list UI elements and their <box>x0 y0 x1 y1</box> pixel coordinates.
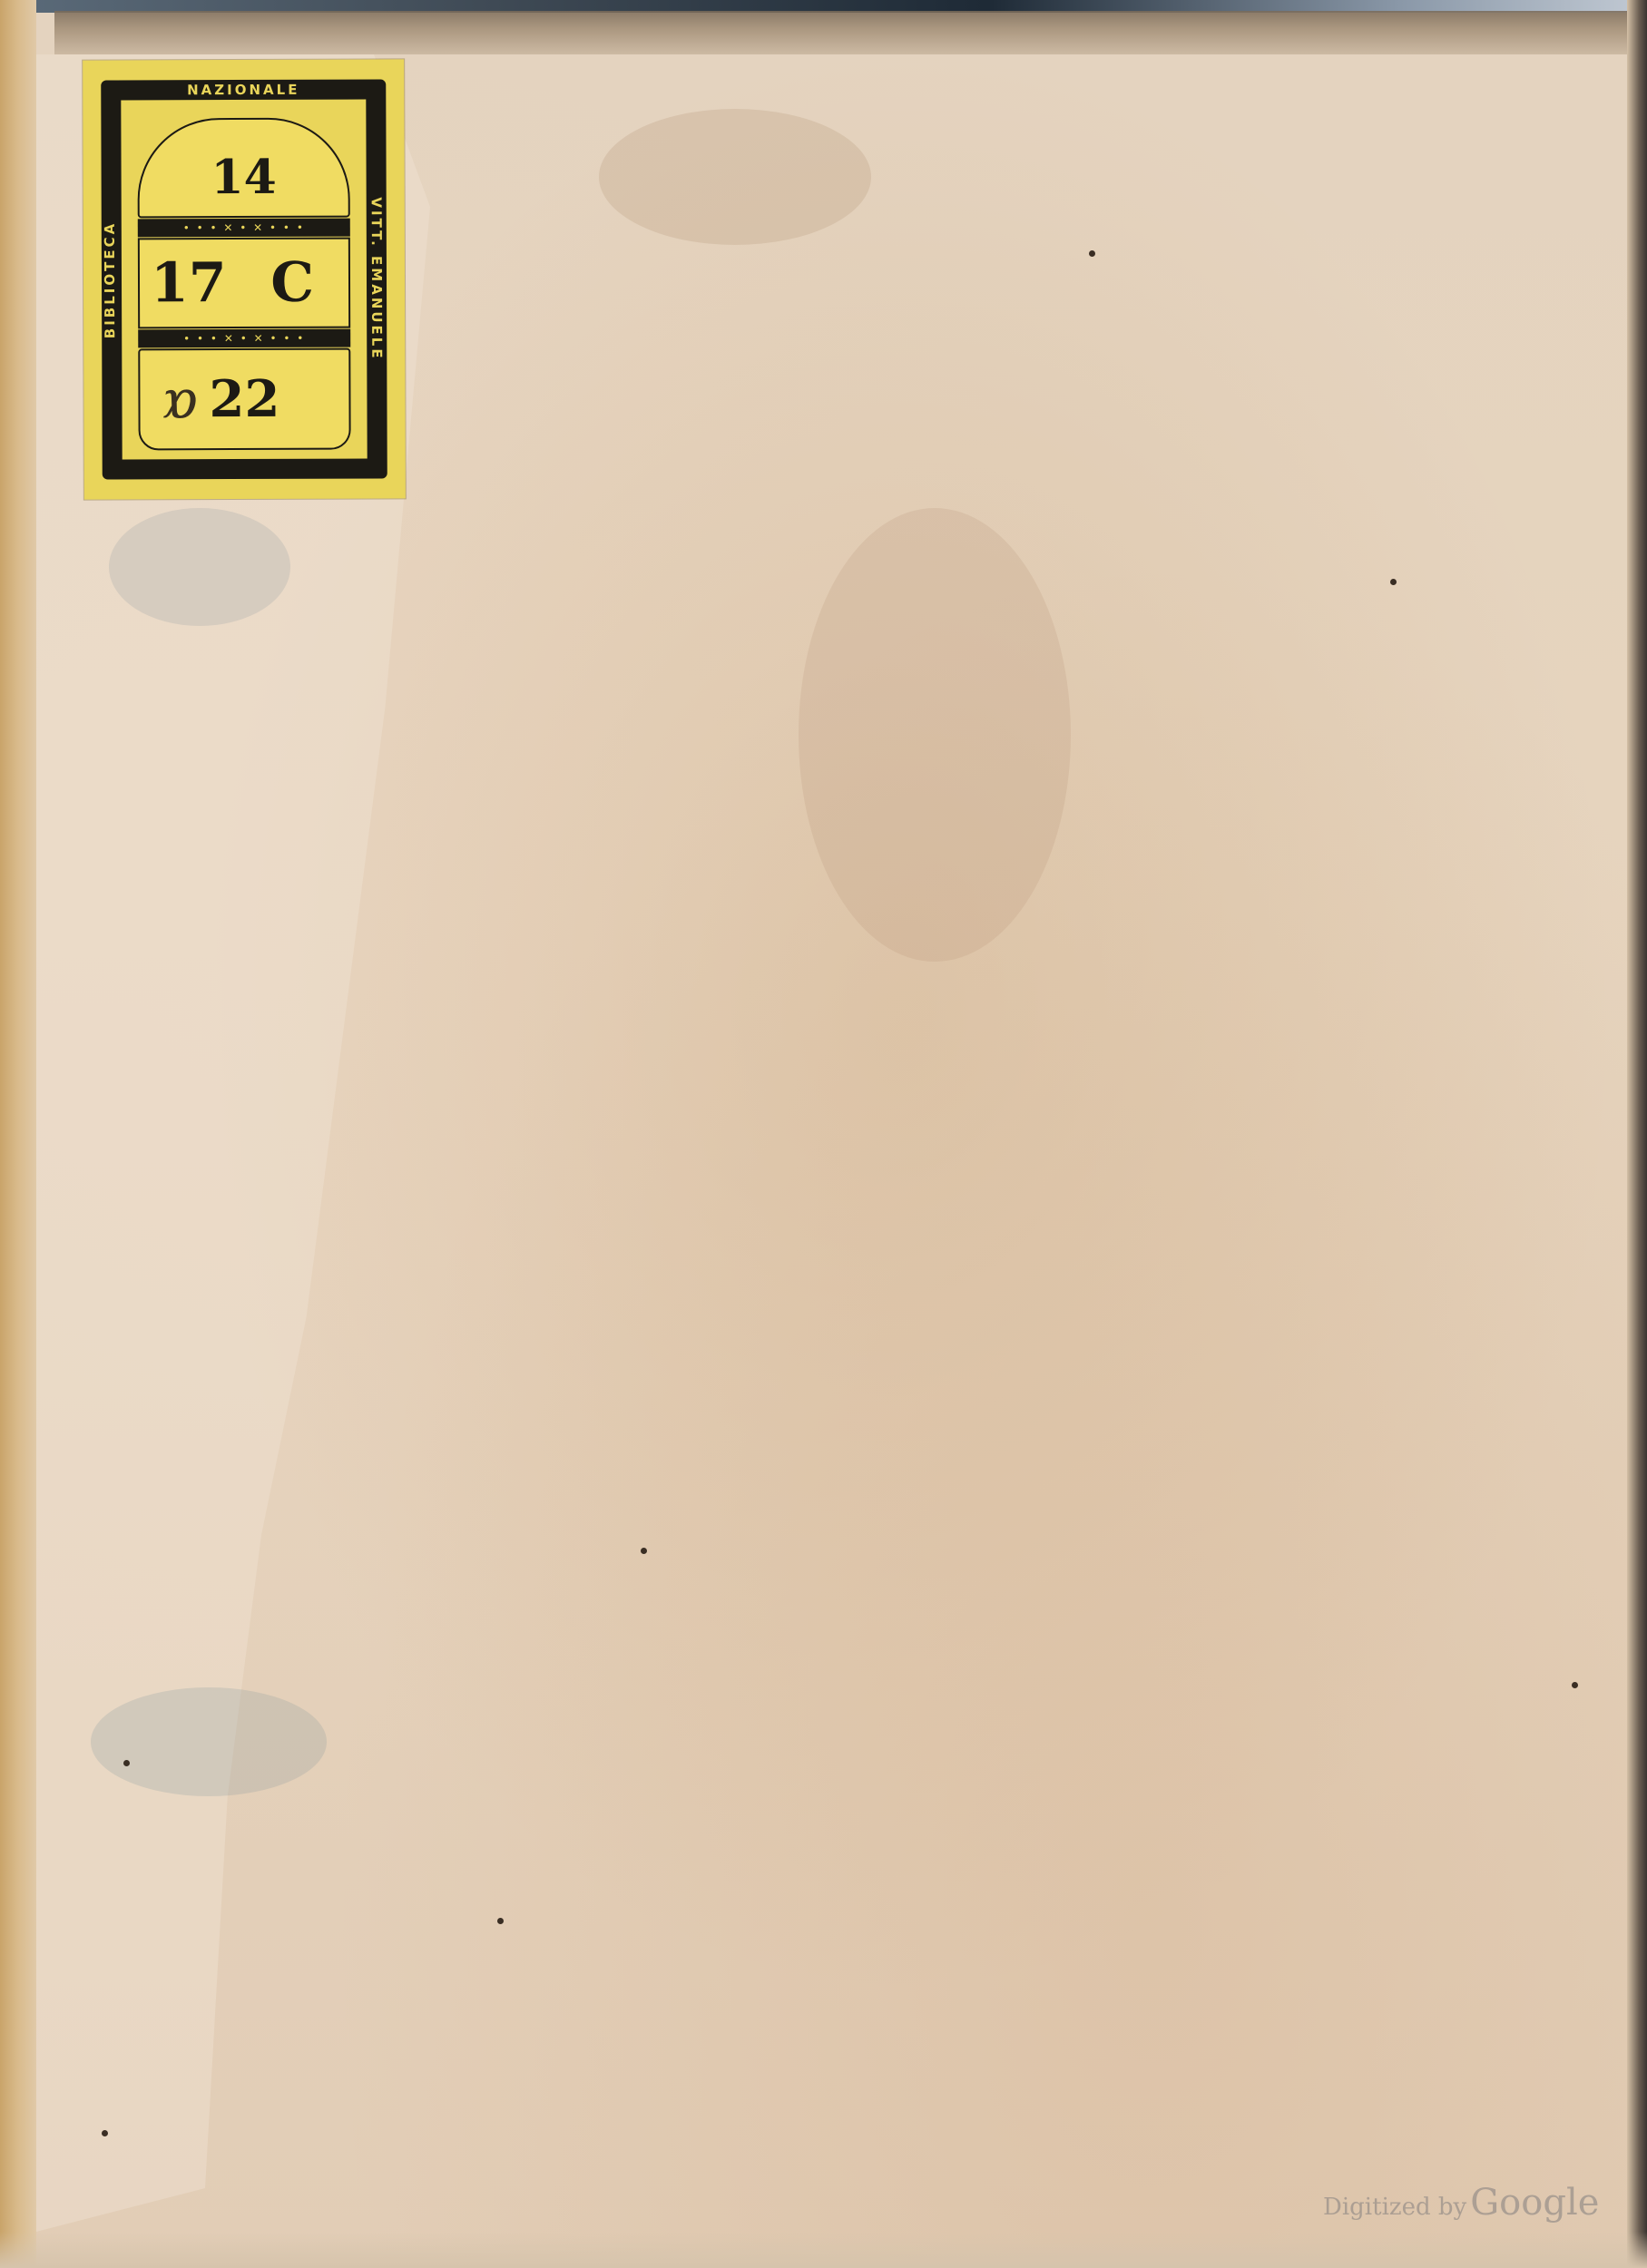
paper-stain <box>109 508 290 626</box>
shelfmark-line-1-value: 14 <box>211 149 277 204</box>
shelfmark-line-3: ɒ 22 <box>138 348 350 451</box>
paper-speck <box>641 1548 647 1554</box>
label-text-biblioteca: BIBLIOTECA <box>102 221 118 338</box>
cover-top-edge <box>54 11 1647 54</box>
cover-right-edge <box>1627 0 1647 2268</box>
paper-stain <box>91 1687 327 1796</box>
paper-stain <box>599 109 871 245</box>
cover-left-edge <box>0 0 36 2268</box>
label-text-nazionale: NAZIONALE <box>83 81 404 98</box>
shelfmark-line-2-number: 17 <box>151 251 227 315</box>
shelfmark-line-2-letter: C <box>270 251 314 315</box>
paper-stain <box>799 508 1071 962</box>
paper-speck <box>1089 250 1095 257</box>
cover-bottom-edge <box>0 2232 1647 2268</box>
paper-speck <box>123 1760 130 1766</box>
paper-speck <box>1572 1682 1578 1688</box>
shelfmark-line-3-value: 22 <box>209 369 279 429</box>
library-shelfmark-label: NAZIONALE BIBLIOTECA VITT. EMANUELE 14 •… <box>83 59 406 499</box>
book-back-cover: NAZIONALE BIBLIOTECA VITT. EMANUELE 14 •… <box>0 0 1647 2268</box>
paper-speck <box>102 2130 108 2136</box>
ornament-divider: • • • ✕ • ✕ • • • <box>138 219 350 238</box>
paper-speck <box>497 1918 504 1924</box>
digitized-by-google-watermark: Digitized byGoogle <box>1323 2182 1599 2224</box>
watermark-brand: Google <box>1470 2182 1599 2224</box>
shelfmark-line-2: 17 C <box>138 238 350 329</box>
ornament-divider: • • • ✕ • ✕ • • • <box>138 329 350 348</box>
handwritten-mark: ɒ <box>162 368 197 430</box>
label-text-vitt-emanuele: VITT. EMANUELE <box>368 197 386 360</box>
paper-speck <box>1390 579 1397 585</box>
watermark-prefix: Digitized by <box>1323 2194 1466 2221</box>
